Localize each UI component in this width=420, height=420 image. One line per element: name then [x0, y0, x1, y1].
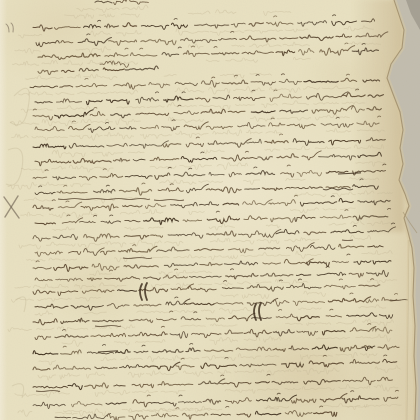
paper-grain-texture [0, 0, 420, 420]
handwriting-layer [0, 0, 420, 420]
manuscript-scan [0, 0, 420, 420]
